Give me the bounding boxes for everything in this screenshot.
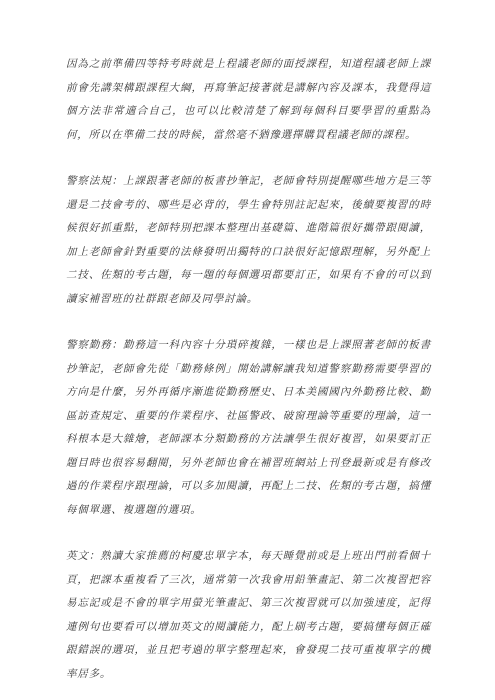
paragraph-intro-course-choice: 因為之前準備四等特考時就是上程議老師的面授課程，知道程議老師上課前會先講架構跟課… xyxy=(66,53,431,147)
paragraph-english: 英文：熟讀大家推薦的柯慶忠單字本，每天睡覺前或是上班出門前看個十頁，把課本重複看… xyxy=(66,545,431,686)
paragraph-police-duties: 警察勤務：勤務這一科內容十分瑣碎複雜，一樣也是上課照著老師的板書抄筆記，老師會先… xyxy=(66,334,431,522)
document-page: 因為之前準備四等特考時就是上程議老師的面授課程，知道程議老師上課前會先講架構跟課… xyxy=(0,0,495,700)
paragraph-police-regulations: 警察法規：上課跟著老師的板書抄筆記，老師會特別提醒哪些地方是三等還是二技會考的、… xyxy=(66,170,431,311)
